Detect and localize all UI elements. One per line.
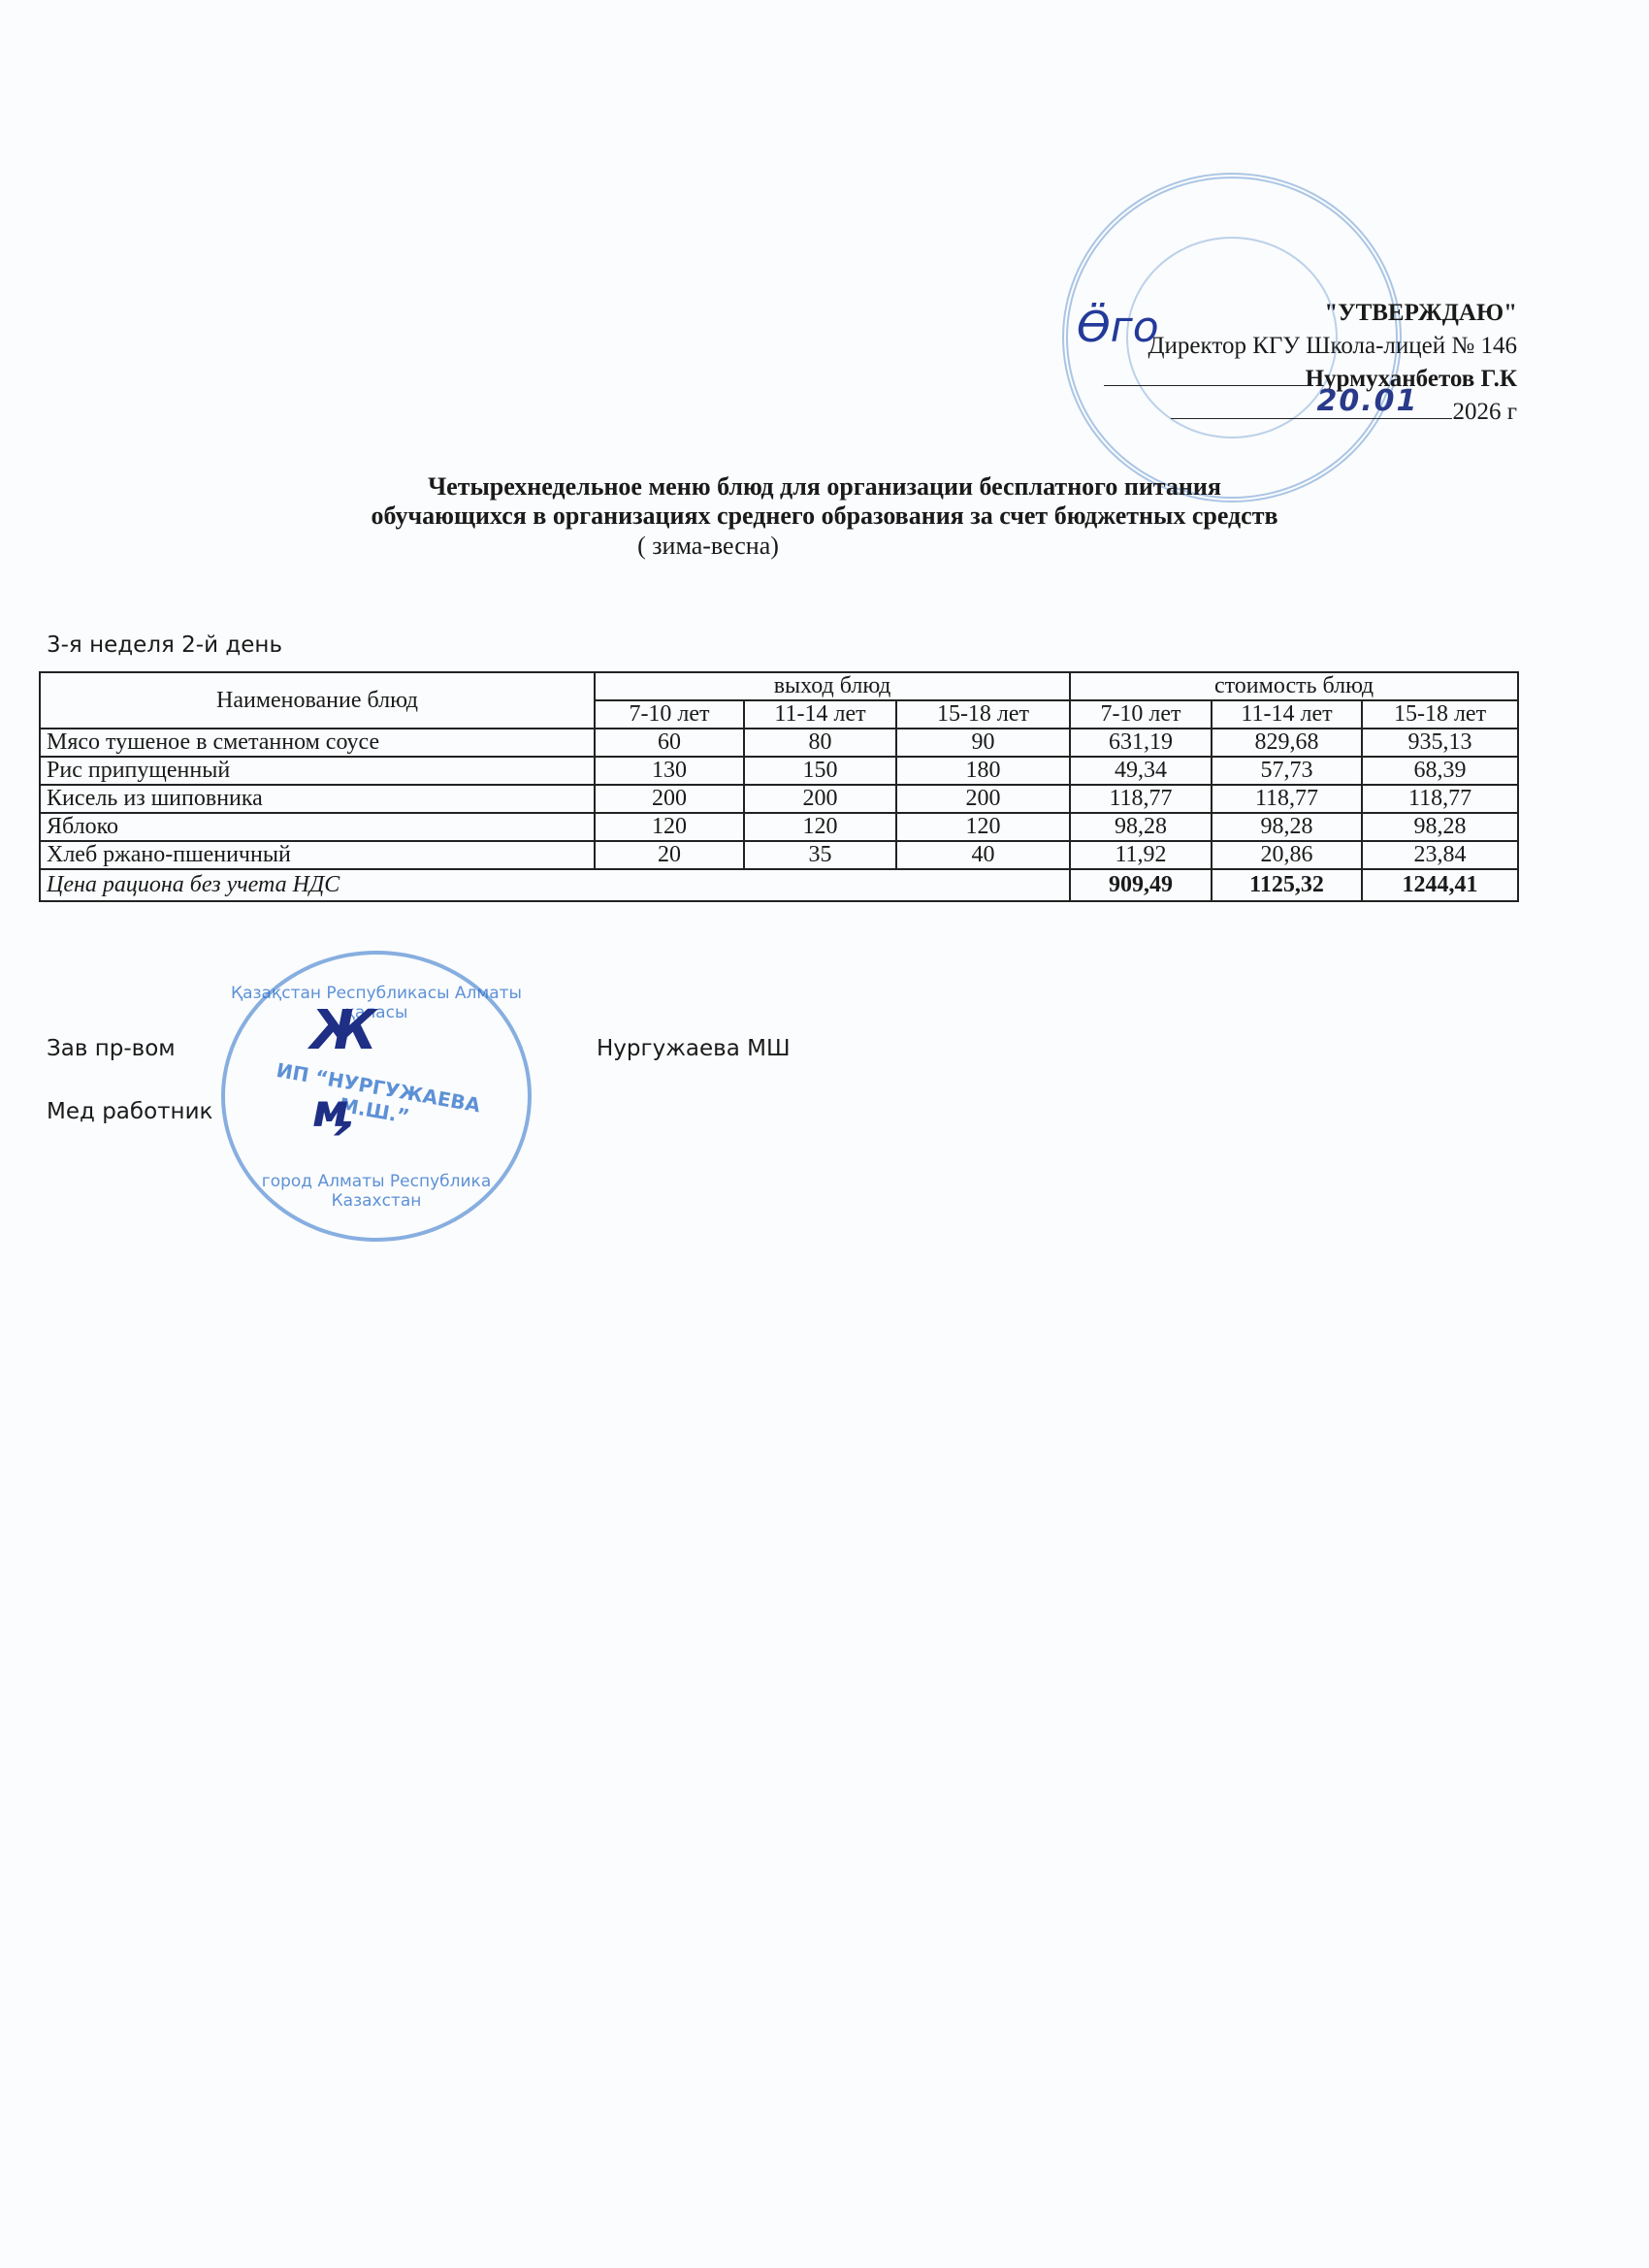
table-row: Яблоко12012012098,2898,2898,28 <box>40 813 1518 841</box>
stamp-ring-bottom: город Алматы Республика Казахстан <box>225 1172 528 1211</box>
dish-cost: 23,84 <box>1362 841 1518 869</box>
dish-cost: 98,28 <box>1070 813 1212 841</box>
head-signature-icon: Ж <box>310 999 377 1062</box>
table-header-row: Наименование блюд выход блюд стоимость б… <box>40 672 1518 700</box>
dish-cost: 57,73 <box>1212 757 1362 785</box>
signature-line <box>1104 366 1306 386</box>
entrepreneur-stamp: Қазақстан Республикасы Алматы қаласы ИП … <box>221 951 532 1242</box>
dish-output: 40 <box>896 841 1070 869</box>
dish-output: 200 <box>896 785 1070 813</box>
title-line-1: Четырехнедельное меню блюд для организац… <box>0 472 1649 502</box>
column-header-age: 15-18 лет <box>1362 700 1518 729</box>
title-line-2: обучающихся в организациях среднего обра… <box>0 502 1649 531</box>
table-row: Мясо тушеное в сметанном соусе608090631,… <box>40 729 1518 757</box>
dish-cost: 118,77 <box>1212 785 1362 813</box>
column-header-age: 11-14 лет <box>744 700 896 729</box>
dish-cost: 829,68 <box>1212 729 1362 757</box>
dish-output: 200 <box>744 785 896 813</box>
dish-cost: 20,86 <box>1212 841 1362 869</box>
column-header-age: 11-14 лет <box>1212 700 1362 729</box>
total-cost: 1125,32 <box>1212 869 1362 901</box>
dish-name: Мясо тушеное в сметанном соусе <box>40 729 595 757</box>
dish-cost: 631,19 <box>1070 729 1212 757</box>
dish-cost: 49,34 <box>1070 757 1212 785</box>
approval-year: 2026 г <box>1452 399 1517 425</box>
dish-output: 200 <box>595 785 744 813</box>
dish-cost: 68,39 <box>1362 757 1518 785</box>
table-row: Рис припущенный13015018049,3457,7368,39 <box>40 757 1518 785</box>
approver-name-row: Нурмуханбетов Г.К <box>1104 363 1517 396</box>
column-header-age: 15-18 лет <box>896 700 1070 729</box>
head-label: Зав пр-вом <box>47 1036 176 1061</box>
director-signature-icon: Ӫго <box>1077 303 1159 352</box>
dish-name: Кисель из шиповника <box>40 785 595 813</box>
total-row: Цена рациона без учета НДС909,491125,321… <box>40 869 1518 901</box>
dish-output: 20 <box>595 841 744 869</box>
approver-position: Директор КГУ Школа-лицей № 146 <box>1104 330 1517 363</box>
total-label: Цена рациона без учета НДС <box>40 869 1070 901</box>
column-group-cost: стоимость блюд <box>1070 672 1518 700</box>
period-label: 3-я неделя 2-й день <box>47 632 282 658</box>
dish-name: Рис припущенный <box>40 757 595 785</box>
approval-date-row: 20.012026 г <box>1104 396 1517 429</box>
season-label: ( зима-весна) <box>0 532 1416 561</box>
column-header-age: 7-10 лет <box>595 700 744 729</box>
column-header-age: 7-10 лет <box>1070 700 1212 729</box>
table-row: Хлеб ржано-пшеничный20354011,9220,8623,8… <box>40 841 1518 869</box>
dish-output: 35 <box>744 841 896 869</box>
dish-output: 130 <box>595 757 744 785</box>
column-header-name: Наименование блюд <box>40 672 595 729</box>
medic-signature-icon: ӎ <box>312 1085 354 1137</box>
date-line: 20.01 <box>1171 399 1452 419</box>
total-cost: 1244,41 <box>1362 869 1518 901</box>
approval-heading: "УТВЕРЖДАЮ" <box>1104 297 1517 330</box>
dish-cost: 118,77 <box>1362 785 1518 813</box>
approval-block: "УТВЕРЖДАЮ" Директор КГУ Школа-лицей № 1… <box>1104 297 1517 429</box>
dish-cost: 11,92 <box>1070 841 1212 869</box>
dish-output: 180 <box>896 757 1070 785</box>
dish-cost: 118,77 <box>1070 785 1212 813</box>
dish-output: 120 <box>595 813 744 841</box>
dish-output: 80 <box>744 729 896 757</box>
stamp-center-text: ИП “НУРГУЖАЕВА М.Ш.” <box>242 1053 510 1146</box>
dish-output: 120 <box>896 813 1070 841</box>
document-title: Четырехнедельное меню блюд для организац… <box>0 472 1649 531</box>
dish-name: Хлеб ржано-пшеничный <box>40 841 595 869</box>
dish-output: 120 <box>744 813 896 841</box>
dish-name: Яблоко <box>40 813 595 841</box>
total-cost: 909,49 <box>1070 869 1212 901</box>
medic-label: Мед работник <box>47 1099 212 1124</box>
menu-table: Наименование блюд выход блюд стоимость б… <box>39 671 1519 902</box>
table-row: Кисель из шиповника200200200118,77118,77… <box>40 785 1518 813</box>
dish-cost: 935,13 <box>1362 729 1518 757</box>
dish-cost: 98,28 <box>1212 813 1362 841</box>
dish-output: 150 <box>744 757 896 785</box>
dish-output: 90 <box>896 729 1070 757</box>
dish-cost: 98,28 <box>1362 813 1518 841</box>
head-name: Нургужаева МШ <box>597 1036 791 1061</box>
handwritten-date: 20.01 <box>1316 385 1418 418</box>
column-group-output: выход блюд <box>595 672 1070 700</box>
dish-output: 60 <box>595 729 744 757</box>
